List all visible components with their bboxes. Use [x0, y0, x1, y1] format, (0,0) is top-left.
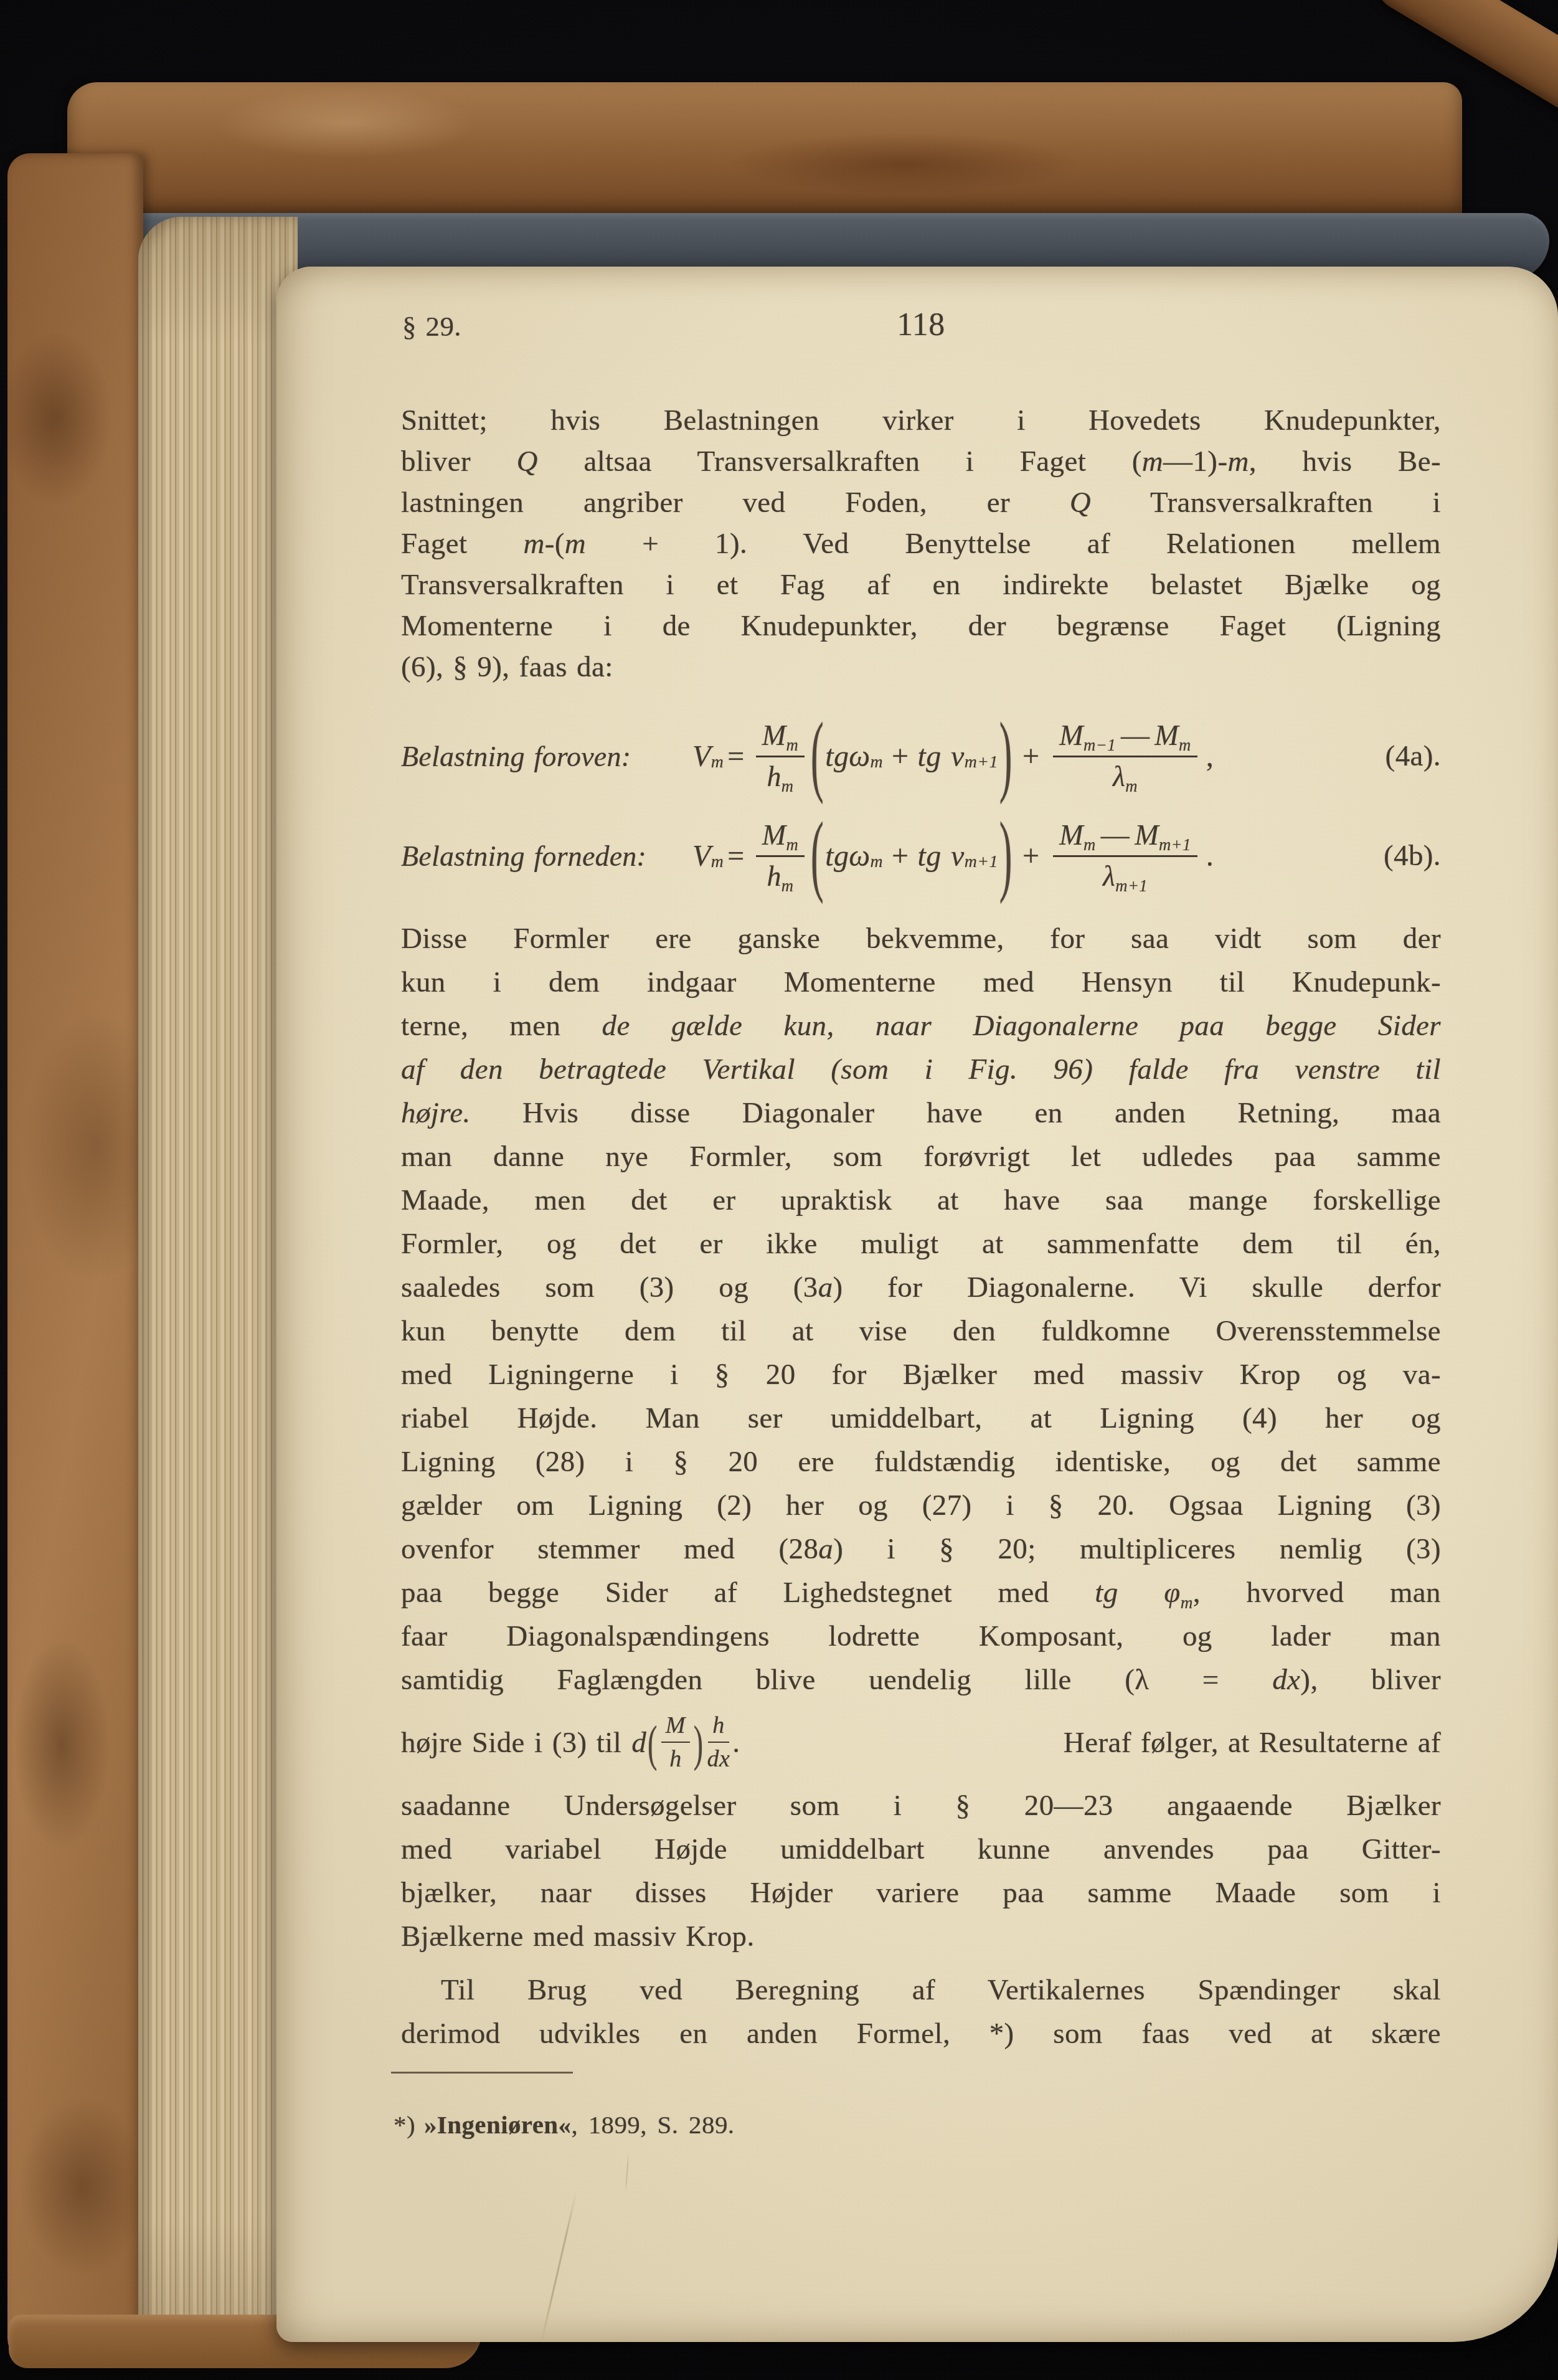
text-line: kun benytte dem til at vise den fuldkomn…: [401, 1309, 1441, 1353]
close-paren: ): [999, 804, 1013, 908]
inline-formula-pre-text: højre Side i (3) til: [401, 1726, 621, 1760]
text-line: kun i dem indgaar Momenterne med Hensyn …: [401, 960, 1441, 1004]
text-line: Bjælkerne med massiv Krop.: [401, 1915, 1441, 1958]
formula-4b-tag: (4b).: [1384, 839, 1441, 873]
text-line: Momenterne i de Knudepunkter, der begræn…: [401, 605, 1441, 647]
inline-formula-period: .: [732, 1726, 740, 1760]
inline-formula-line: højre Side i (3) til d ( M h ) h dx . He…: [401, 1702, 1441, 1784]
inline-formula-post-text: Heraf følger, at Resultaterne af: [1064, 1726, 1441, 1760]
text-line: Transversalkraften i et Fag af en indire…: [401, 564, 1441, 605]
inline-formula-group: højre Side i (3) til d ( M h ) h dx .: [401, 1712, 740, 1773]
text-line: med Ligningerne i § 20 for Bjælker med m…: [401, 1353, 1441, 1396]
book-cover-top-edge: [67, 82, 1462, 218]
page-number: 118: [897, 306, 945, 343]
text-line: faar Diagonalspændingens lodrette Kompos…: [401, 1614, 1441, 1658]
text-line: saadanne Undersøgelser som i § 20—23 ang…: [401, 1784, 1441, 1828]
text-line: man danne nye Formler, som forøvrigt let…: [401, 1135, 1441, 1178]
text-line: af den betragtede Vertikal (som i Fig. 9…: [401, 1048, 1441, 1091]
text-line: derimod udvikles en anden Formel, *) som…: [401, 2012, 1441, 2055]
close-paren: ): [694, 1714, 704, 1772]
text-line: Snittet; hvis Belastningen virker i Hove…: [401, 400, 1441, 441]
text-line: med variabel Højde umiddelbart kunne anv…: [401, 1828, 1441, 1871]
formula-4b: Belastning forneden: Vm = Mm hm ( tgωm +…: [401, 806, 1441, 906]
text-line: Ligning (28) i § 20 ere fuldstændig iden…: [401, 1440, 1441, 1484]
display-formulas: Belastning foroven: Vm = Mm hm ( tgωm + …: [401, 706, 1441, 906]
text-line: lastningen angriber ved Foden, er Q Tran…: [401, 482, 1441, 523]
text-line: Faget m-(m + 1). Ved Benyttelse af Relat…: [401, 523, 1441, 564]
book-cover-left-edge: [7, 153, 143, 2363]
close-paren: ): [999, 704, 1013, 808]
formula-4a: Belastning foroven: Vm = Mm hm ( tgωm + …: [401, 706, 1441, 806]
formula-4b-math: Vm = Mm hm ( tgωm + tg νm+1 ) + Mm—: [692, 819, 1214, 893]
footnote: *)»Ingeniøren«, 1899, S. 289.: [401, 2110, 1441, 2140]
text-line: bjælker, naar disses Højder variere paa …: [401, 1871, 1441, 1915]
fraction-Mm-hm: Mm hm: [756, 719, 805, 794]
text-line: riabel Højde. Man ser umiddelbart, at Li…: [401, 1396, 1441, 1440]
open-paren: (: [811, 704, 824, 808]
fraction-M-h: M h: [661, 1712, 690, 1773]
footnote-text: »Ingeniøren«, 1899, S. 289.: [424, 2110, 734, 2139]
footnote-rule: [391, 2072, 573, 2074]
page-block-fore-edges: [138, 217, 298, 2349]
page-crease: [625, 2153, 629, 2193]
fraction-moment-diff: Mm−1—Mm λm: [1053, 719, 1197, 794]
text-line: Disse Formler ere ganske bekvemme, for s…: [401, 917, 1441, 960]
differential-d: d: [631, 1726, 646, 1760]
formula-4a-math: Vm = Mm hm ( tgωm + tg νm+1 ) + Mm−: [692, 719, 1214, 794]
page-header: § 29. 118: [401, 306, 1441, 345]
formula-4b-label: Belastning forneden:: [401, 840, 692, 873]
footnote-marker: *): [394, 2110, 415, 2139]
text-line: terne, men de gælde kun, naar Diagonaler…: [401, 1004, 1441, 1048]
text-line: samtidig Faglængden blive uendelig lille…: [401, 1658, 1441, 1702]
fraction-h-dx: h dx: [707, 1712, 730, 1773]
text-line: ovenfor stemmer med (28a) i § 20; multip…: [401, 1527, 1441, 1571]
fraction-Mm-hm: Mm hm: [756, 819, 805, 893]
text-line: (6), § 9), faas da:: [401, 647, 1441, 688]
open-paren: (: [811, 804, 824, 908]
fraction-moment-diff: Mm—Mm+1 λm+1: [1053, 819, 1197, 893]
paragraph-snittet: Snittet; hvis Belastningen virker i Hove…: [401, 400, 1441, 688]
formula-4a-tag: (4a).: [1386, 739, 1441, 773]
formula-4a-label: Belastning foroven:: [401, 740, 692, 773]
text-line: gælder om Ligning (2) her og (27) i § 20…: [401, 1484, 1441, 1527]
section-number: § 29.: [402, 310, 461, 343]
text-line: paa begge Sider af Lighedstegnet med tg …: [401, 1571, 1441, 1614]
text-line: bliver Q altsaa Transversalkraften i Fag…: [401, 441, 1441, 482]
paragraph-til-brug: Til Brug ved Beregning af Vertikalernes …: [401, 1968, 1441, 2055]
text-line: højre. Hvis disse Diagonaler have en and…: [401, 1091, 1441, 1135]
scanned-book-photo: § 29. 118 Snittet; hvis Belastningen vir…: [0, 0, 1558, 2380]
open-paren: (: [648, 1714, 658, 1772]
text-line: Formler, og det er ikke muligt at sammen…: [401, 1222, 1441, 1266]
text-block: § 29. 118 Snittet; hvis Belastningen vir…: [401, 267, 1441, 2140]
book-page: § 29. 118 Snittet; hvis Belastningen vir…: [276, 267, 1558, 2342]
text-line: Maade, men det er upraktisk at have saa …: [401, 1178, 1441, 1222]
paragraph-saadanne: saadanne Undersøgelser som i § 20—23 ang…: [401, 1784, 1441, 1958]
text-line: Til Brug ved Beregning af Vertikalernes …: [401, 1968, 1441, 2012]
page-crease: [541, 2191, 577, 2343]
text-line: saaledes som (3) og (3a) for Diagonalern…: [401, 1266, 1441, 1309]
paragraph-disse-formler: Disse Formler ere ganske bekvemme, for s…: [401, 917, 1441, 1702]
